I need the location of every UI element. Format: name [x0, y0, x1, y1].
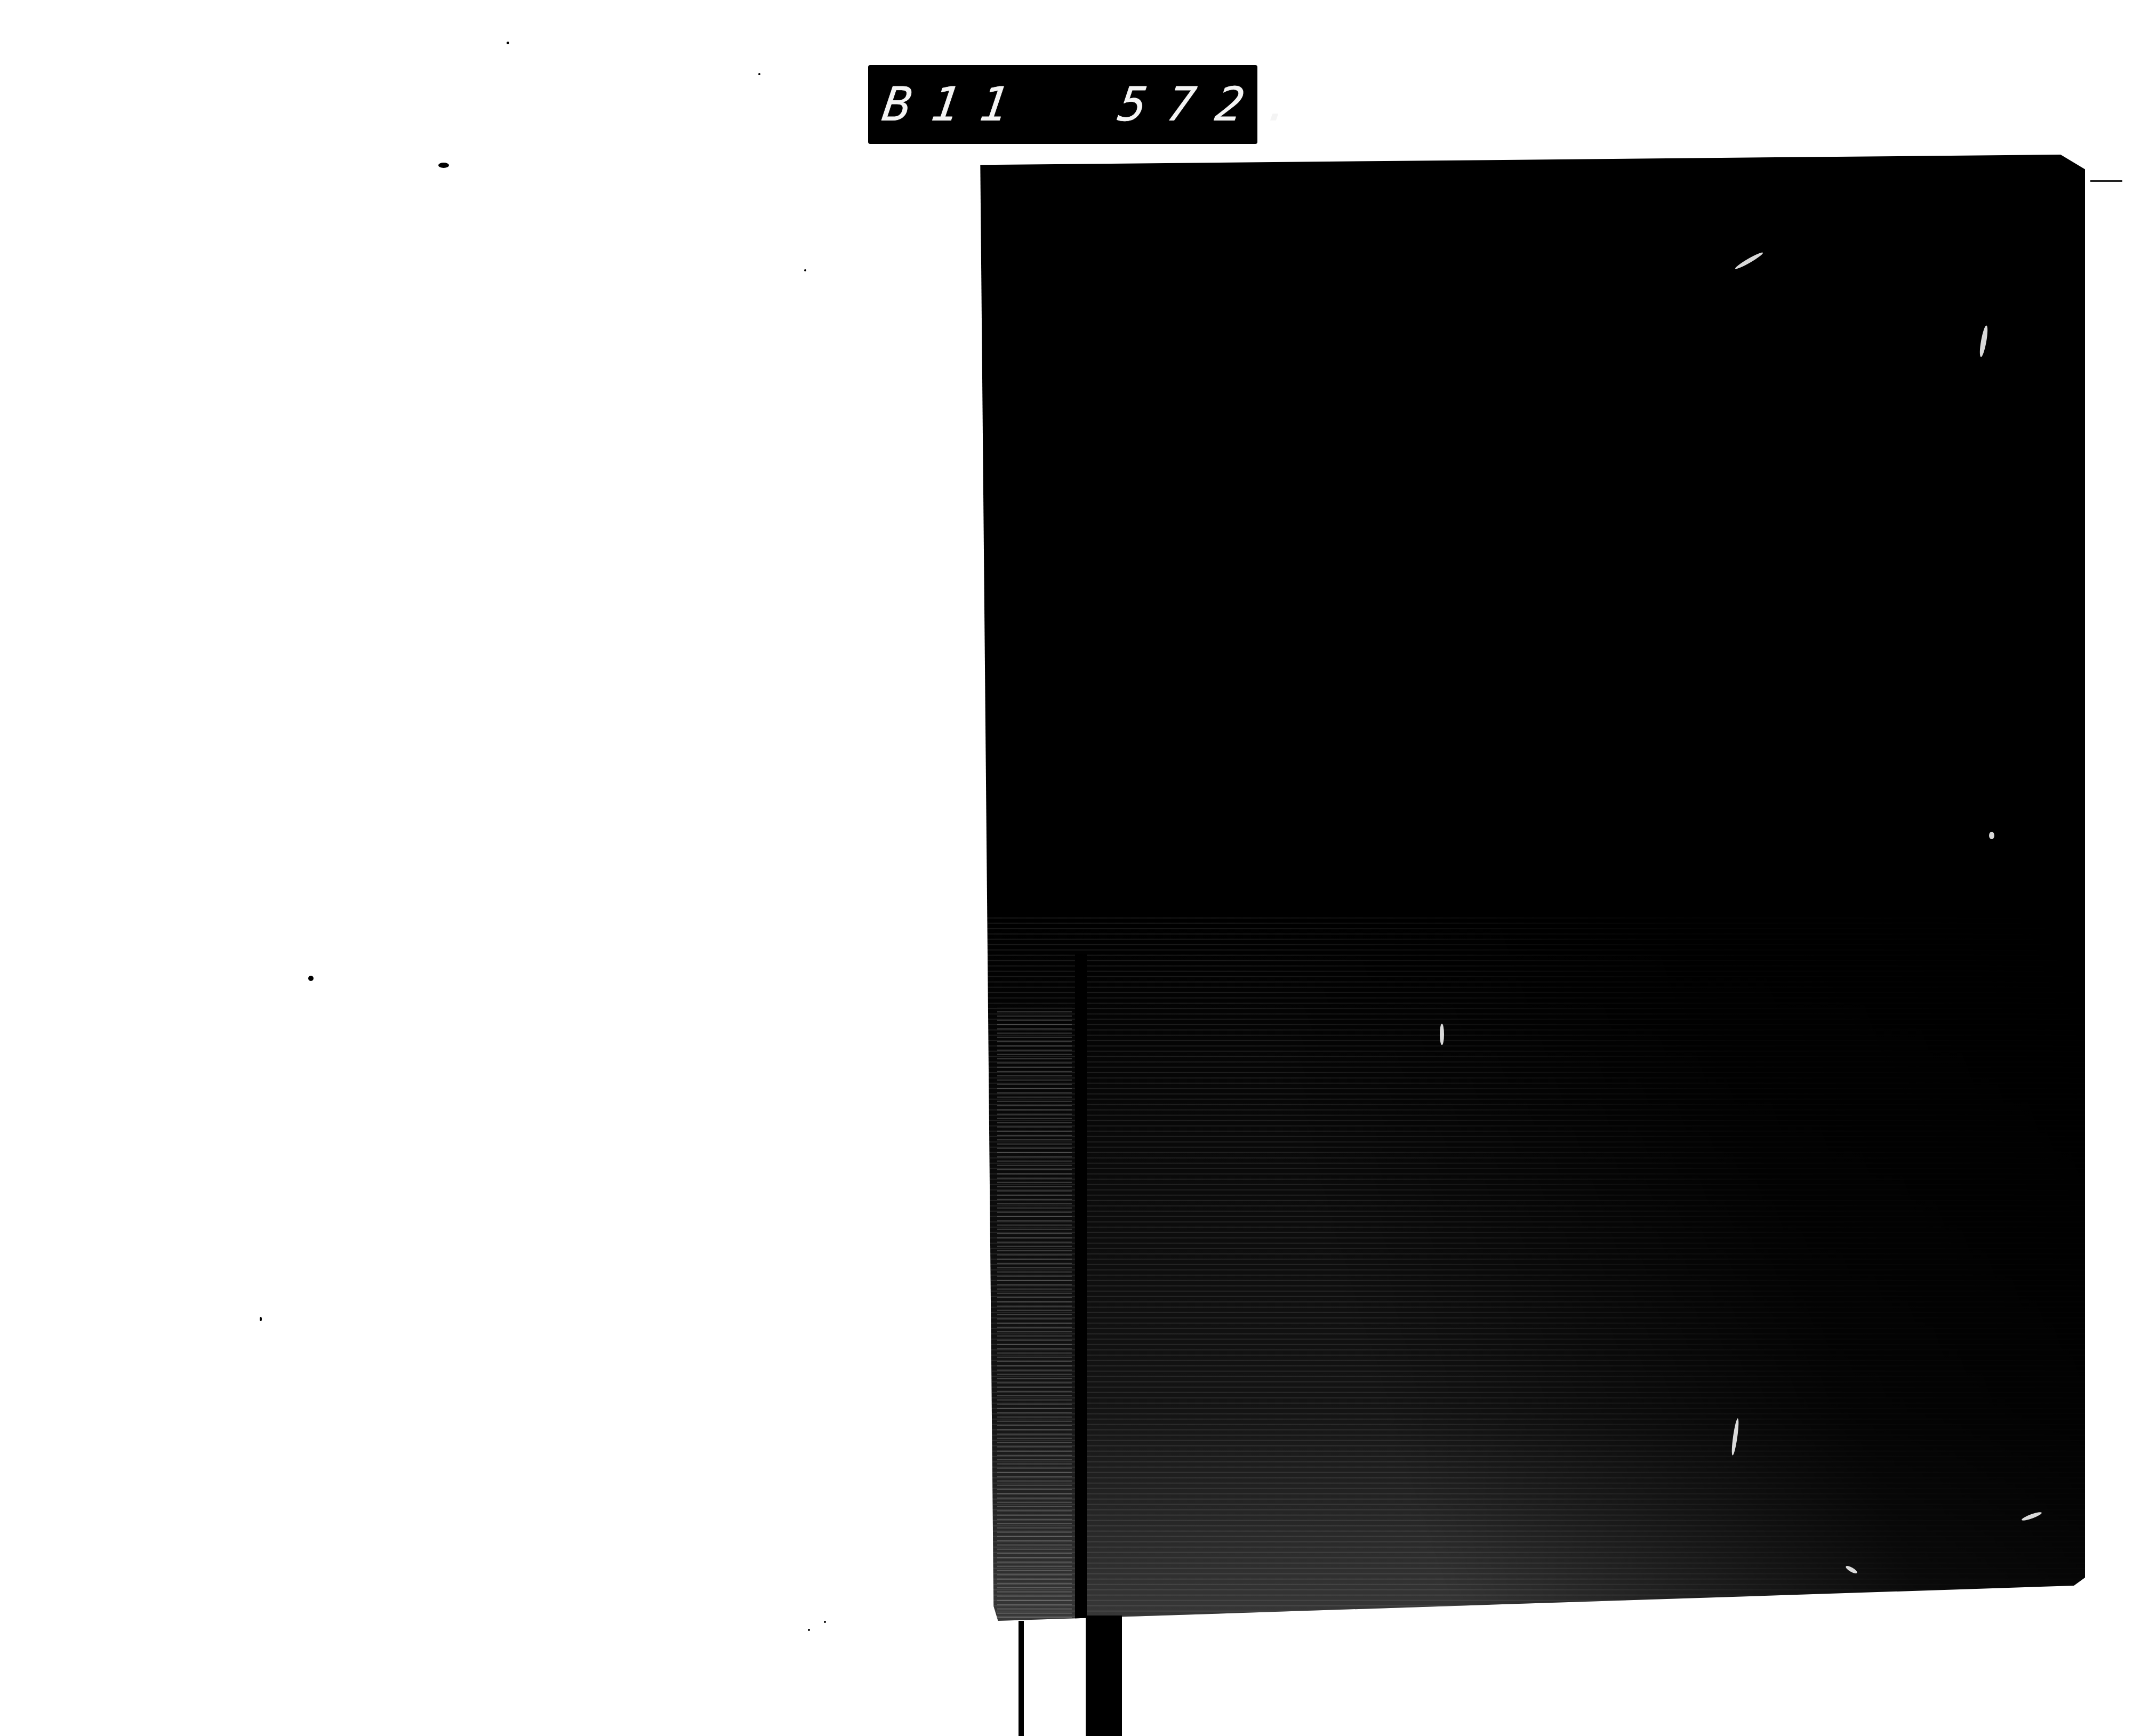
- scan-speck: [804, 269, 806, 271]
- cover-scratch: [1734, 251, 1764, 271]
- bookmark-ribbon: [1086, 1616, 1122, 1736]
- spine-texture: [997, 1008, 1072, 1621]
- cover-scratch: [1440, 1024, 1444, 1045]
- scan-speck: [308, 976, 314, 981]
- cover-scratch: [1978, 325, 1989, 358]
- scan-speck: [438, 163, 449, 168]
- scan-edge-line: [2090, 180, 2122, 182]
- scan-speck: [260, 1317, 262, 1321]
- scan-speck: [824, 1621, 826, 1623]
- call-number-label: B11 572.: [868, 65, 1257, 144]
- spine-groove: [1075, 954, 1087, 1621]
- scan-speck: [808, 1629, 810, 1631]
- cover-board: [976, 155, 2085, 1621]
- scan-speck: [507, 42, 509, 44]
- cover-scratch: [1989, 832, 1994, 839]
- call-number-class: B11: [879, 78, 1032, 131]
- cloth-texture: [976, 917, 2085, 1621]
- page-edge-line: [1019, 1621, 1024, 1736]
- call-number-item: 572.: [1115, 78, 1317, 131]
- scanned-page: B11 572.: [0, 0, 2133, 1736]
- scan-speck: [758, 73, 760, 75]
- book-cover: [976, 155, 2085, 1621]
